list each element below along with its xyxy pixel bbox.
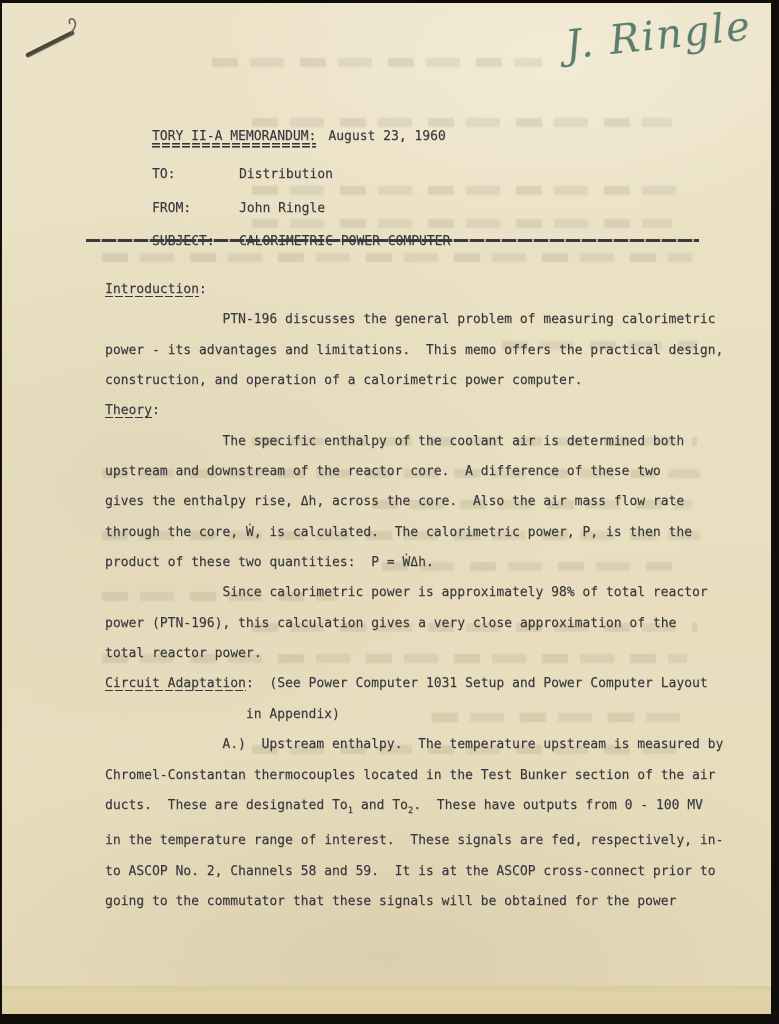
staple-icon — [16, 11, 96, 75]
body-text: : — [152, 403, 160, 418]
body-line: Introduction: — [105, 275, 745, 305]
body-line: to ASCOP No. 2, Channels 58 and 59. It i… — [105, 857, 745, 887]
body-line: power (PTN-196), this calculation gives … — [105, 609, 745, 639]
body-text: going to the commutator that these signa… — [105, 894, 676, 909]
body-line: power - its advantages and limitations. … — [105, 336, 745, 366]
body-text: total reactor power. — [105, 646, 262, 661]
body-text: Chromel-Constantan thermocouples located… — [105, 768, 715, 783]
to-label: TO: — [152, 167, 239, 182]
body-text: power (PTN-196), this calculation gives … — [105, 616, 676, 631]
body-line: ducts. These are designated To1 and To2.… — [105, 791, 745, 826]
body-line: total reactor power. — [105, 639, 745, 669]
body-text: : — [199, 282, 207, 297]
body-line: product of these two quantities: P = ẆΔh… — [105, 548, 745, 578]
body-text: PTN-196 discusses the general problem of… — [222, 312, 715, 327]
section-heading: Theory — [105, 403, 152, 418]
body-line: in the temperature range of interest. Th… — [105, 826, 745, 856]
body-text: ducts. These are designated To — [105, 798, 348, 813]
body-lines: Introduction:PTN-196 discusses the gener… — [105, 275, 745, 917]
body-text: : (See Power Computer 1031 Setup and Pow… — [246, 676, 708, 691]
body-line: in Appendix) — [105, 700, 745, 730]
memo-title: TORY II-A MEMORANDUM: — [152, 129, 316, 148]
from-label: FROM: — [152, 201, 239, 216]
body-text: in Appendix) — [246, 707, 340, 722]
body-text: and To — [353, 798, 408, 813]
body-text: . These have outputs from 0 - 100 MV — [413, 798, 703, 813]
scanned-memo-document: { "document_type": "scanned typewritten … — [0, 0, 779, 1024]
body-text: in the temperature range of interest. Th… — [105, 833, 723, 848]
body-text: through the core, Ẇ, is calculated. The … — [105, 525, 692, 540]
body-line: through the core, Ẇ, is calculated. The … — [105, 518, 745, 548]
body-line: gives the enthalpy rise, Δh, across the … — [105, 487, 745, 517]
body-line: Theory: — [105, 396, 745, 426]
body-line: upstream and downstream of the reactor c… — [105, 457, 745, 487]
body-line: The specific enthalpy of the coolant air… — [105, 427, 745, 457]
body-line: Circuit Adaptation: (See Power Computer … — [105, 669, 745, 699]
body-text: product of these two quantities: P = ẆΔh… — [105, 555, 434, 570]
body-line: Chromel-Constantan thermocouples located… — [105, 761, 745, 791]
paper-page: J. Ringle TORY II-A MEMORANDUM:August 23… — [2, 3, 771, 986]
body-text: A.) Upstream enthalpy. The temperature u… — [222, 737, 723, 752]
body-line: PTN-196 discusses the general problem of… — [105, 305, 745, 335]
header-rule — [86, 239, 699, 242]
body-text: gives the enthalpy rise, Δh, across the … — [105, 494, 684, 509]
body-line: construction, and operation of a calorim… — [105, 366, 745, 396]
body-text: construction, and operation of a calorim… — [105, 373, 582, 388]
body-text: power - its advantages and limitations. … — [105, 343, 723, 358]
memo-date: August 23, 1960 — [328, 129, 445, 144]
section-heading: Circuit Adaptation — [105, 676, 246, 691]
section-heading: Introduction — [105, 282, 199, 297]
to-value: Distribution — [239, 167, 333, 182]
page-bottom-edge — [2, 986, 771, 1014]
body-text: to ASCOP No. 2, Channels 58 and 59. It i… — [105, 864, 715, 879]
body-line: Since calorimetric power is approximatel… — [105, 578, 745, 608]
body-line: going to the commutator that these signa… — [105, 887, 745, 917]
body-text: The specific enthalpy of the coolant air… — [222, 434, 684, 449]
body-text: upstream and downstream of the reactor c… — [105, 464, 661, 479]
body-text: Since calorimetric power is approximatel… — [222, 585, 707, 600]
handwritten-signature: J. Ringle — [563, 3, 754, 68]
from-value: John Ringle — [239, 201, 325, 216]
bleedthrough-line — [212, 58, 542, 67]
body-line: A.) Upstream enthalpy. The temperature u… — [105, 730, 745, 760]
